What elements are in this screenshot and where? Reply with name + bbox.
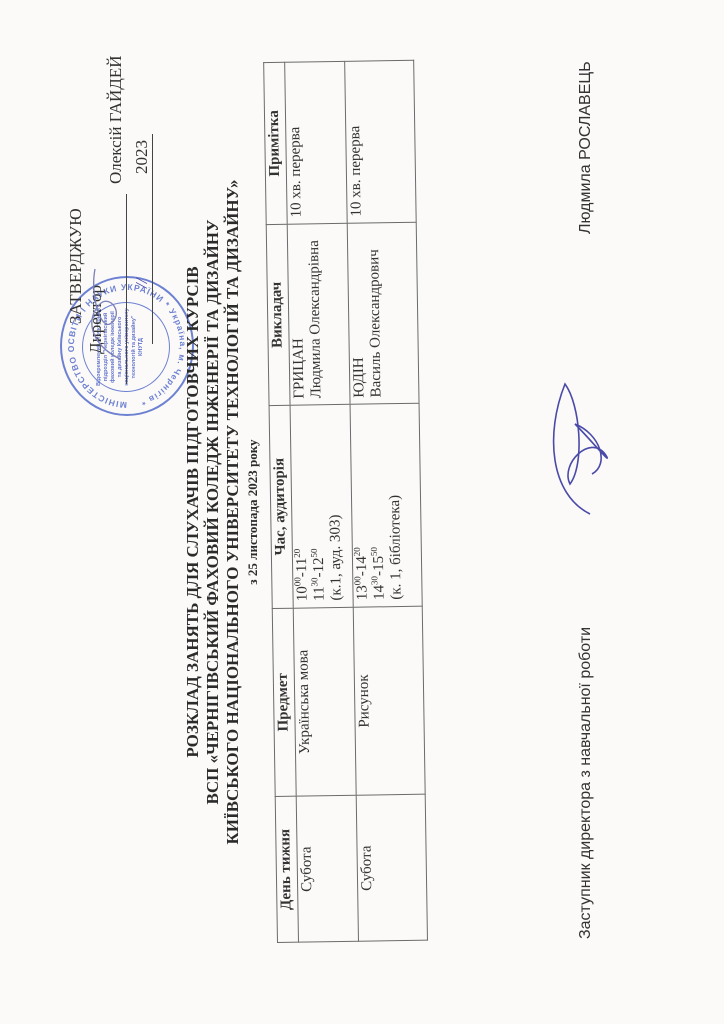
teacher-name: Василь Олександрович [366, 229, 386, 397]
document-page: МІНІСТЕРСТВО ОСВІТИ І НАУКИ УКРАЇНИ * Ук… [0, 0, 724, 1024]
deputy-name: Людмила РОСЛАВЕЦЬ [577, 61, 595, 234]
header-day: День тижня [275, 796, 298, 942]
director-signature-icon [80, 254, 130, 364]
cell-time: 1300-1420 1430-1550 (к. 1, бібліотека) [350, 403, 422, 607]
cell-note: 10 хв. перерва [285, 61, 348, 224]
cell-subject: Українська мова [293, 607, 356, 797]
date-line [152, 134, 153, 344]
schedule-table: День тижня Предмет Час, аудиторія Виклад… [263, 60, 428, 943]
deputy-position: Заступник директора з навчальної роботи [577, 627, 595, 939]
cell-time: 1000-1120 1130-1250 (к.1, ауд. 303) [290, 404, 353, 607]
deputy-signature-icon [530, 374, 630, 524]
header-note: Примітка [264, 62, 288, 224]
title-line-2: ВСП «ЧЕРНІГІВСЬКИЙ ФАХОВИЙ КОЛЕДЖ ІНЖЕНЕ… [203, 0, 223, 1024]
director-name: Олексій ГАЙДЕЙ [106, 55, 126, 184]
title-line-1: РОЗКЛАД ЗАНЯТЬ ДЛЯ СЛУХАЧІВ ПІДГОТОВЧИХ … [183, 0, 203, 1024]
cell-teacher: ГРИЦАН Людмила Олександрівна [287, 223, 350, 405]
room: (к. 1, бібліотека) [386, 410, 406, 600]
teacher-name: Людмила Олександрівна [306, 230, 326, 398]
approval-year: 2023 [132, 140, 152, 174]
cell-subject: Рисунок [353, 606, 425, 796]
cell-note: 10 хв. перерва [345, 60, 417, 223]
table-row: Субота Рисунок 1300-1420 1430-1550 (к. 1… [345, 60, 428, 941]
header-teacher: Викладач [266, 224, 290, 405]
room: (к.1, ауд. 303) [326, 411, 346, 601]
title-date: з 25 листопада 2023 року [245, 0, 261, 1024]
cell-day: Субота [356, 794, 427, 941]
cell-day: Субота [296, 795, 358, 942]
date-day-month: // [132, 279, 152, 288]
title-line-3: КИЇВСЬКОГО НАЦІОНАЛЬНОГО УНІВЕРСИТЕТУ ТЕ… [223, 0, 243, 1024]
header-subject: Предмет [272, 608, 296, 797]
cell-teacher: ЮДІН Василь Олександрович [347, 222, 419, 404]
